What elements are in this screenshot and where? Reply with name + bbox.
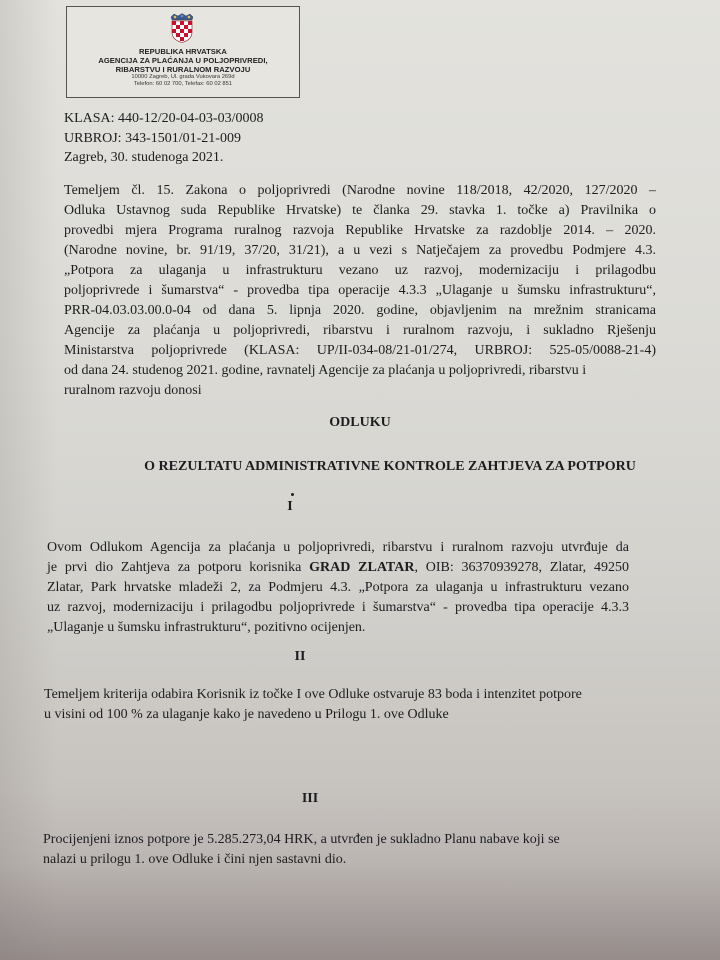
- section-numeral-1: I: [0, 499, 650, 515]
- section-3-line: nalazi u prilogu 1. ove Odluke i čini nj…: [43, 850, 633, 870]
- agency-name-line1: AGENCIJA ZA PLAĆANJA U POLJOPRIVREDI,: [67, 56, 299, 65]
- decision-title: ODLUKU: [0, 415, 720, 431]
- section-3-line: Procijenjeni iznos potpore je 5.285.273,…: [43, 830, 633, 850]
- intro-line: Ministarstva poljoprivrede (KLASA: UP/II…: [64, 341, 656, 361]
- klasa: KLASA: 440-12/20-04-03-03/0008: [64, 109, 264, 129]
- place-date: Zagreb, 30. studenoga 2021.: [64, 148, 264, 168]
- section-numeral-3: III: [0, 791, 670, 807]
- section-numeral-2: II: [0, 649, 660, 665]
- intro-line: Agencije za plaćanja u poljoprivredi, ri…: [64, 321, 656, 341]
- section-2-paragraph: Temeljem kriterija odabira Korisnik iz t…: [44, 685, 632, 725]
- section-1-line: je prvi dio Zahtjeva za potporu korisnik…: [47, 558, 629, 578]
- intro-line: provedbi mjera Programa ruralnog razvoja…: [64, 221, 656, 241]
- agency-name-line2: RIBARSTVU I RURALNOM RAZVOJU: [67, 65, 299, 74]
- intro-line: Temeljem čl. 15. Zakona o poljoprivredi …: [64, 181, 656, 201]
- intro-line: PRR-04.03.03.00.0-04 od dana 5. lipnja 2…: [64, 301, 656, 321]
- beneficiary-name: GRAD ZLATAR: [309, 560, 414, 575]
- intro-line: poljoprivrede i šumarstva“ - provedba ti…: [64, 281, 656, 301]
- section-1-line: uz razvoj, modernizaciju i prilagodbu po…: [47, 598, 629, 618]
- intro-paragraph: Temeljem čl. 15. Zakona o poljoprivredi …: [64, 181, 656, 401]
- agency-address: 10000 Zagreb, Ul. grada Vukovara 269d: [67, 74, 299, 81]
- section-1-line: „Ulaganje u šumsku infrastrukturu“, pozi…: [47, 618, 629, 638]
- section-2-line: u visini od 100 % za ulaganje kako je na…: [44, 705, 632, 725]
- intro-line: „Potpora za ulaganja u infrastrukturu ve…: [64, 261, 656, 281]
- section-1-line: Zlatar, Park hrvatske mladeži 2, za Podm…: [47, 578, 629, 598]
- section-3-paragraph: Procijenjeni iznos potpore je 5.285.273,…: [43, 830, 633, 870]
- document-reference: KLASA: 440-12/20-04-03-03/0008 URBROJ: 3…: [64, 109, 264, 168]
- section-2-line: Temeljem kriterija odabira Korisnik iz t…: [44, 685, 632, 705]
- agency-letterhead: REPUBLIKA HRVATSKA AGENCIJA ZA PLAĆANJA …: [66, 6, 300, 98]
- agency-contact: Telefon: 60 02 700, Telefax: 60 02 851: [67, 81, 299, 88]
- decision-subtitle: O REZULTATU ADMINISTRATIVNE KONTROLE ZAH…: [30, 459, 720, 475]
- country-name: REPUBLIKA HRVATSKA: [67, 47, 299, 56]
- intro-line: Odluka Ustavnog suda Republike Hrvatske)…: [64, 201, 656, 221]
- intro-line: ruralnom razvoju donosi: [64, 381, 656, 401]
- stray-mark: [291, 493, 294, 496]
- intro-line: (Narodne novine, br. 91/19, 37/20, 31/21…: [64, 241, 656, 261]
- urbroj: URBROJ: 343-1501/01-21-009: [64, 129, 264, 149]
- coat-of-arms-icon: [170, 13, 194, 43]
- section-1-line: Ovom Odlukom Agencija za plaćanja u polj…: [47, 538, 629, 558]
- intro-line: od dana 24. studenog 2021. godine, ravna…: [64, 361, 656, 381]
- section-1-paragraph: Ovom Odlukom Agencija za plaćanja u polj…: [47, 538, 629, 638]
